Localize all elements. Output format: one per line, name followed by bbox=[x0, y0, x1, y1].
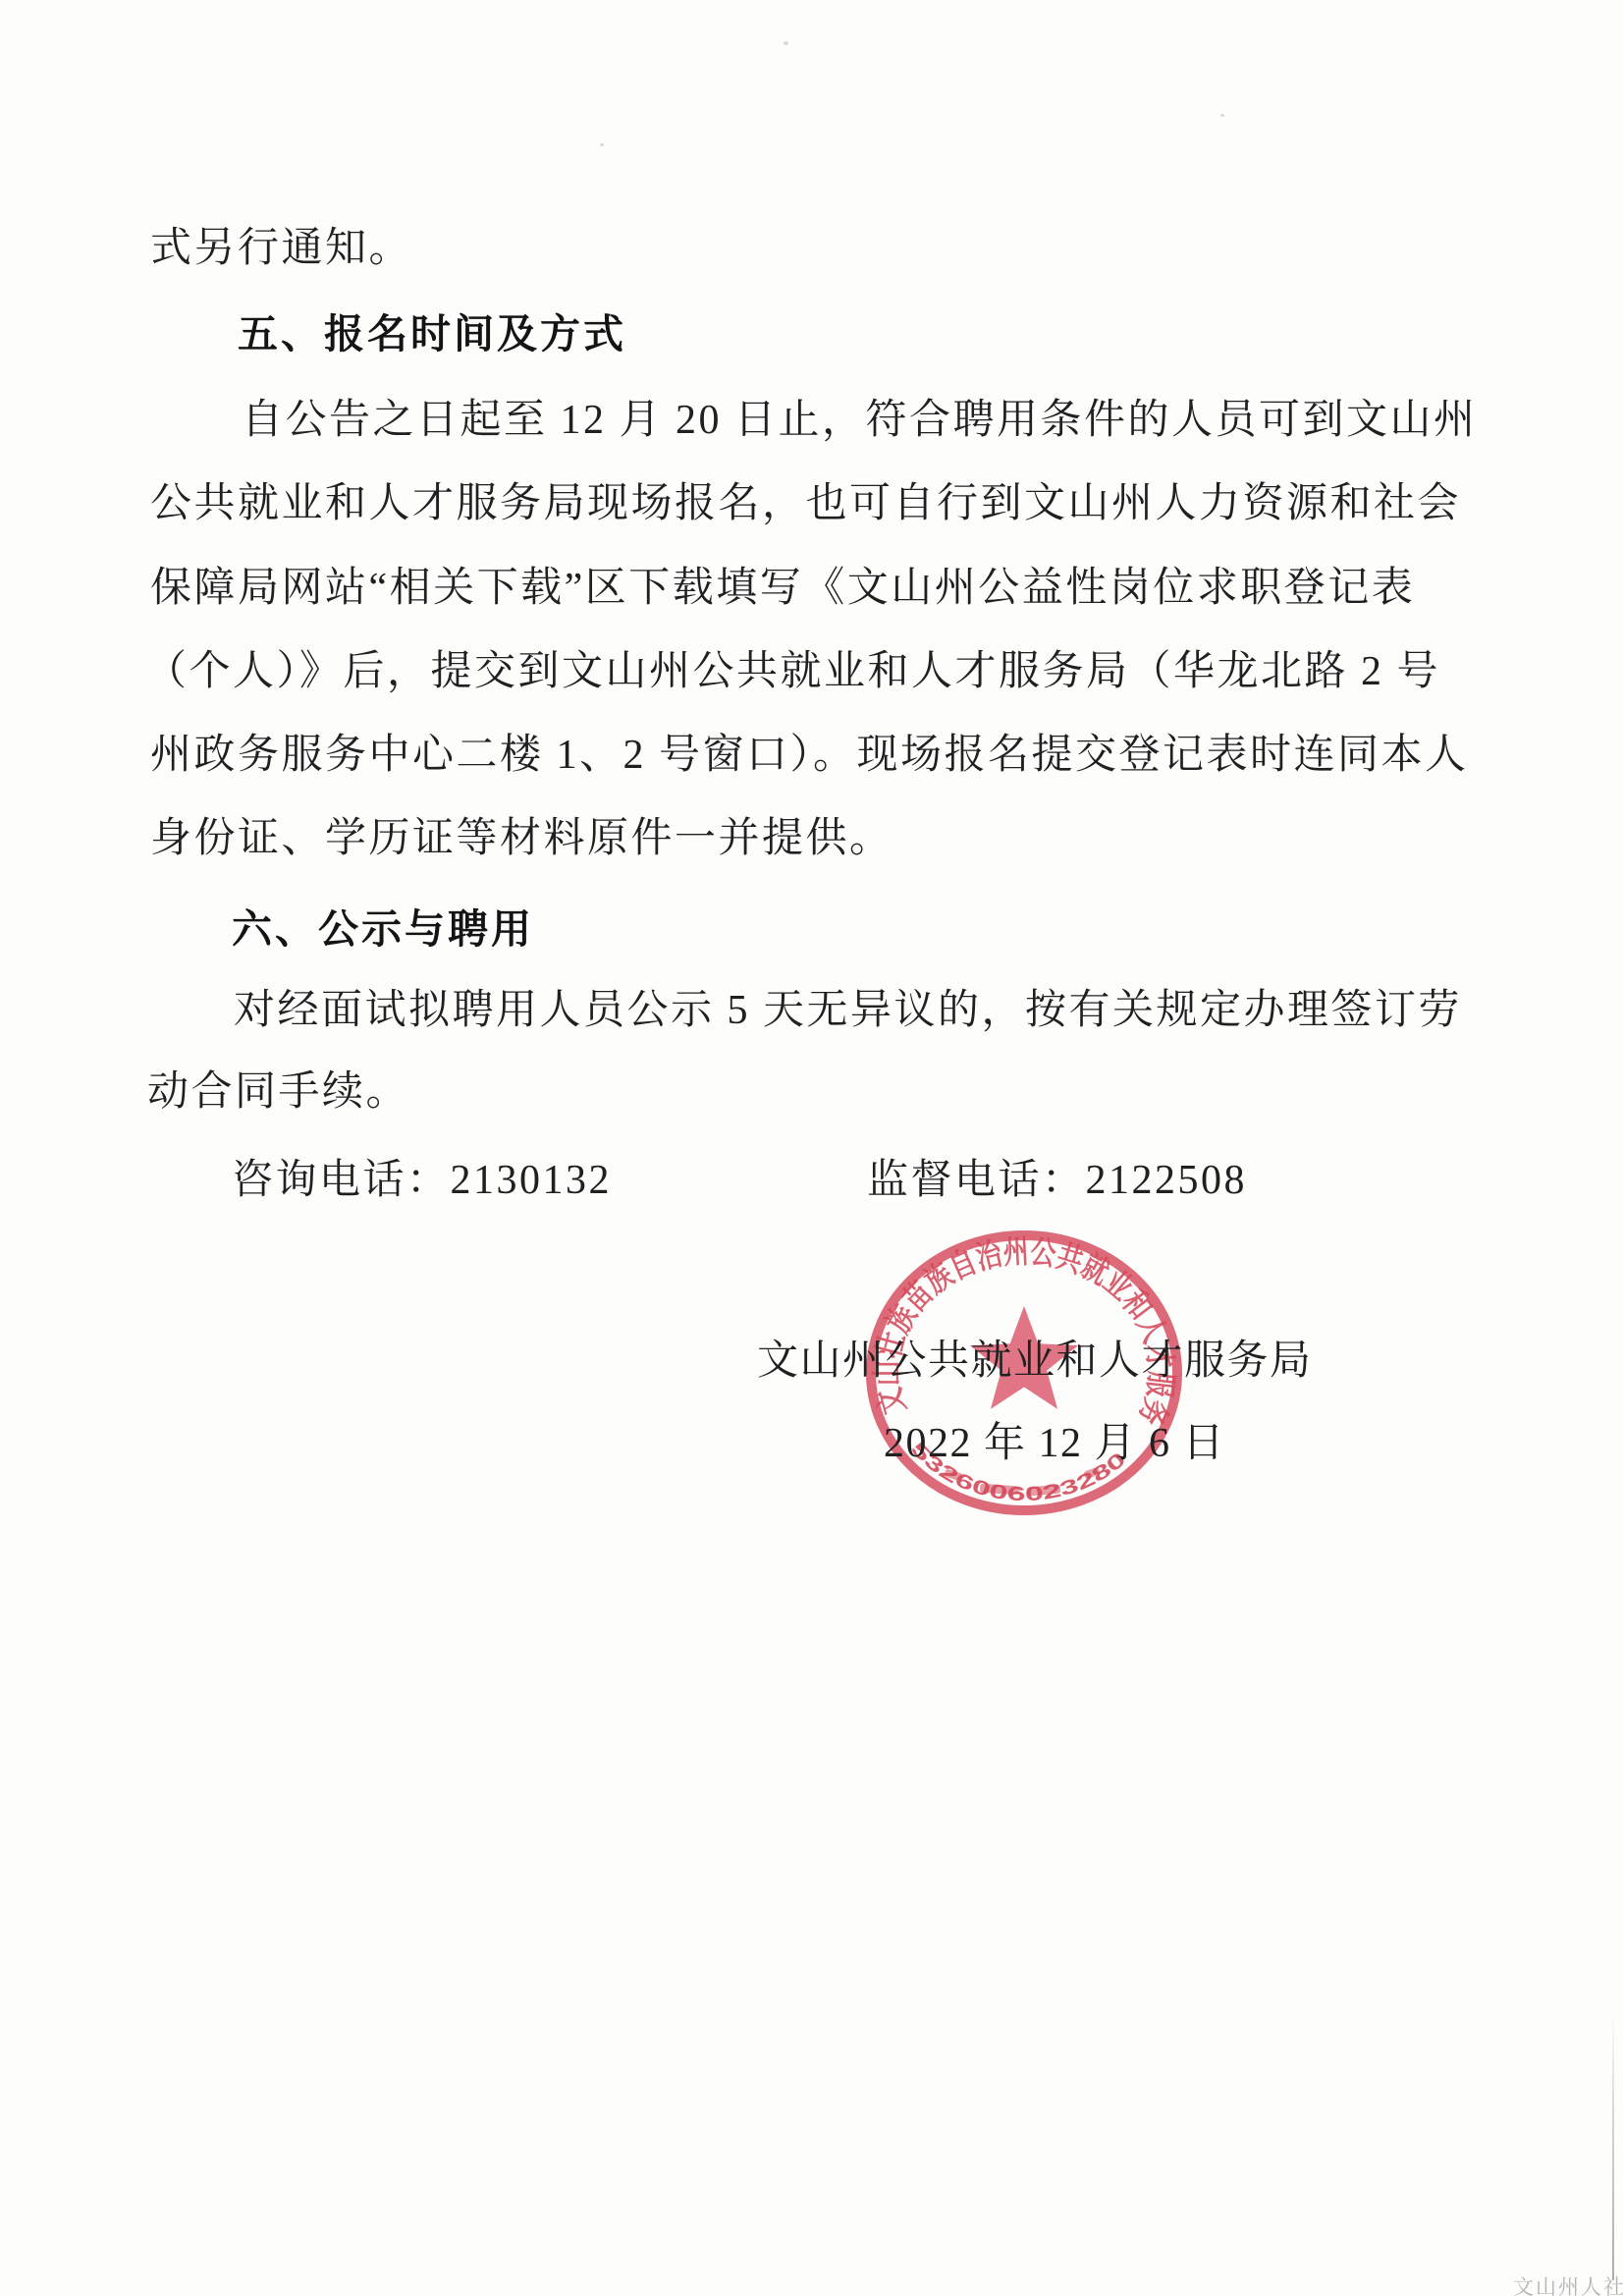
continuation-line: 式另行通知。 bbox=[150, 226, 412, 271]
section6-line-2: 动合同手续。 bbox=[147, 1069, 409, 1115]
site-watermark: 文山州人社网 bbox=[1513, 2271, 1623, 2296]
consult-phone: 咨询电话：2130132 bbox=[232, 1158, 612, 1203]
section6-heading: 六、公示与聘用 bbox=[232, 906, 534, 952]
scan-speck bbox=[784, 41, 788, 45]
section5-line-2: 公共就业和人才服务局现场报名，也可自行到文山州人力资源和社会 bbox=[150, 481, 1461, 526]
section5-line-1: 自公告之日起至 12 月 20 日止，符合聘用条件的人员可到文山州 bbox=[242, 398, 1478, 443]
section5-line-3: 保障局网站“相关下载”区下载填写《文山州公益性岗位求职登记表 bbox=[150, 566, 1415, 611]
section5-line-6: 身份证、学历证等材料原件一并提供。 bbox=[150, 816, 893, 861]
supervise-phone: 监督电话：2122508 bbox=[867, 1158, 1247, 1203]
scan-speck bbox=[1220, 114, 1224, 117]
section5-heading: 五、报名时间及方式 bbox=[238, 311, 626, 356]
signature-org: 文山州公共就业和人才服务局 bbox=[757, 1328, 1313, 1387]
signature-date: 2022 年 12 月 6 日 bbox=[884, 1410, 1225, 1469]
section6-line-1: 对经面试拟聘用人员公示 5 天无异议的，按有关规定办理签订劳 bbox=[234, 988, 1462, 1033]
document-page: 式另行通知。 五、报名时间及方式 自公告之日起至 12 月 20 日止，符合聘用… bbox=[0, 0, 1623, 2296]
section5-line-5: 州政务服务中心二楼 1、2 号窗口）。现场报名提交登记表时连同本人 bbox=[150, 733, 1469, 778]
scan-edge-line bbox=[1612, 2013, 1614, 2280]
scan-speck bbox=[600, 143, 604, 146]
section5-line-4: （个人）》后，提交到文山州公共就业和人才服务局（华龙北路 2 号 bbox=[145, 649, 1440, 694]
